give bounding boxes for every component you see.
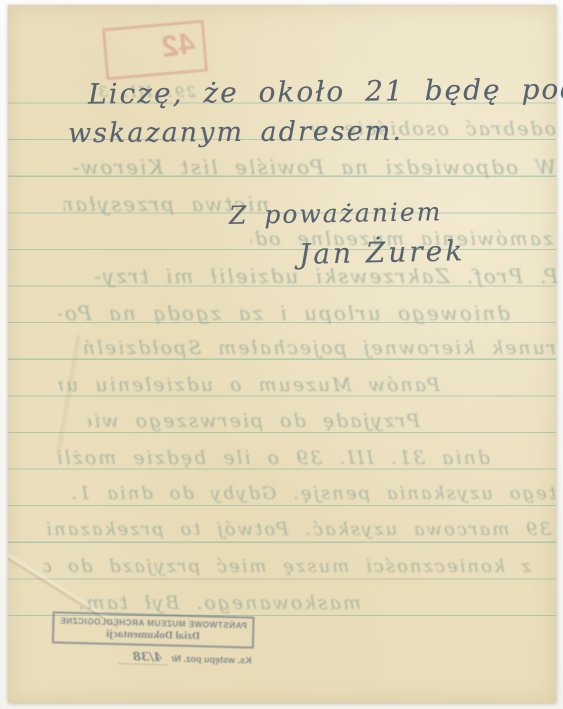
bleed-through-line: 39 marcowa uzyskać. Potwój to przekazani… <box>44 519 551 547</box>
bleed-through-line: dniowego urlopu i za zgodą na Po- <box>58 301 510 329</box>
letter-line-1: Liczę, że około 21 będę pod <box>88 72 563 110</box>
red-accession-stamp: 42 <box>102 20 208 81</box>
letter-signature: Jan Żurek <box>299 234 466 270</box>
paper-crease <box>38 335 98 455</box>
letter-closing: Z poważaniem <box>229 197 443 230</box>
letter-paper: 29. III. 39.odebrać osobiście w Warszawi… <box>8 5 556 703</box>
bleed-through-line: tego uzyskania pensję. Gdyby do dnia 1. … <box>56 483 556 511</box>
bleed-through-line: Przyjadę do pierwszego wieczorem <box>88 410 420 438</box>
museum-stamp-box: PAŃSTWOWE MUZEUM ARCHEOLOGICZNE Dział Do… <box>52 611 255 648</box>
museum-stamp-entry-number: 4/38 <box>118 649 168 665</box>
bleed-through-line: dnia 31. III. 39 o ile będzie możliwe <box>58 447 490 475</box>
bleed-through-line: runek kierownej pojechałem Społdzielń <box>76 337 556 365</box>
scanned-letter: 29. III. 39.odebrać osobiście w Warszawi… <box>0 0 563 709</box>
bleed-through-line: Panów Muzeum o udzieleniu urlopu <box>58 374 440 402</box>
letter-line-2: wskazanym adresem. <box>68 116 403 149</box>
museum-stamp-entry-label: Ks. wstępu poz. Nr <box>171 653 252 665</box>
bleed-through-line: W odpowiedzi na Powiśle list Kierow- <box>66 155 556 183</box>
red-stamp-number: 42 <box>159 27 197 65</box>
museum-stamp: PAŃSTWOWE MUZEUM ARCHEOLOGICZNE Dział Do… <box>51 611 254 667</box>
